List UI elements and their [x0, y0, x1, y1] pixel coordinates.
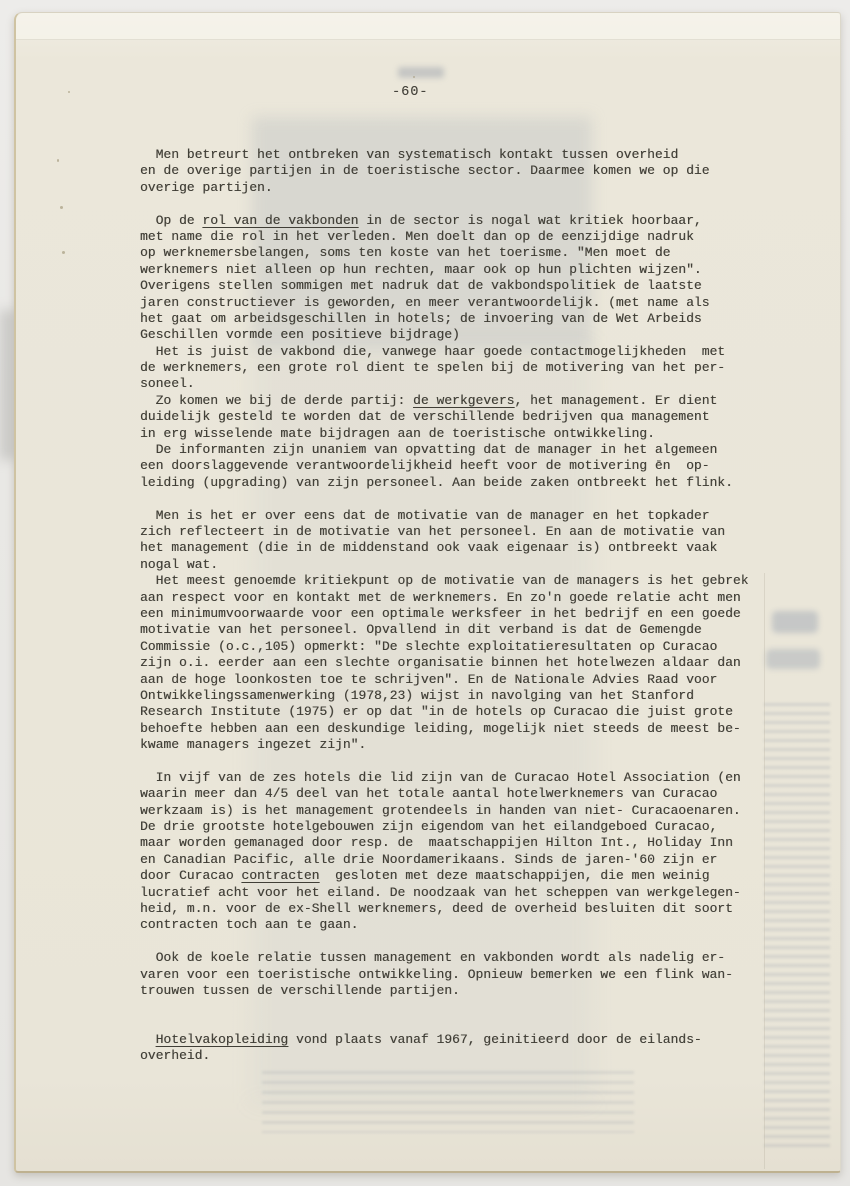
- text-line: De drie grootste hotelgebouwen zijn eige…: [140, 819, 800, 835]
- text-line: Zo komen we bij de derde partij: de werk…: [140, 393, 800, 409]
- paper-speck: [413, 76, 415, 78]
- text-line: Men betreurt het ontbreken van systemati…: [140, 147, 800, 163]
- text-line: zich reflecteert in de motivatie van het…: [140, 524, 800, 540]
- blank-line: [140, 753, 800, 769]
- blank-line: [140, 1016, 800, 1032]
- page-top-fold: [16, 13, 840, 40]
- text-line: het gaat om arbeidsgeschillen in hotels;…: [140, 311, 800, 327]
- text-line: waarin meer dan 4/5 deel van het totale …: [140, 786, 800, 802]
- paper-speck: [57, 159, 59, 162]
- page-number: -60-: [392, 85, 428, 100]
- text-line: werknemers niet alleen op hun rechten, m…: [140, 262, 800, 278]
- paper-speck: [68, 91, 70, 93]
- text-line: duidelijk gesteld te worden dat de versc…: [140, 409, 800, 425]
- text-line: aan de hoge loonkosten toe te schrijven"…: [140, 672, 800, 688]
- text-line: werkzaam is) is het management grotendee…: [140, 803, 800, 819]
- text-line: lucratief acht voor het eiland. De noodz…: [140, 885, 800, 901]
- text-line: in erg wisselende mate bijdragen aan de …: [140, 426, 800, 442]
- text-line: varen voor een toeristische ontwikkeling…: [140, 967, 800, 983]
- underlined-phrase: Hotelvakopleiding: [156, 1032, 289, 1047]
- text-line: behoefte hebben aan een deskundige leidi…: [140, 721, 800, 737]
- text-line: Hotelvakopleiding vond plaats vanaf 1967…: [140, 1032, 800, 1048]
- paper-speck: [62, 251, 65, 254]
- text-line: heid, m.n. voor de ex-Shell werknemers, …: [140, 901, 800, 917]
- text-line: door Curacao contracten gesloten met dez…: [140, 868, 800, 884]
- blank-line: [140, 934, 800, 950]
- text-line: op werknemersbelangen, soms ten koste va…: [140, 245, 800, 261]
- text-line: de werknemers, een grote rol dient te sp…: [140, 360, 800, 376]
- text-line: motivatie van het personeel. Opvallend i…: [140, 622, 800, 638]
- paper-speck: [60, 206, 63, 209]
- text-line: overheid.: [140, 1048, 800, 1064]
- text-line: Het meest genoemde kritiekpunt op de mot…: [140, 573, 800, 589]
- text-line: Commissie (o.c.,105) opmerkt: "De slecht…: [140, 639, 800, 655]
- document-text: Men betreurt het ontbreken van systemati…: [140, 147, 800, 1065]
- bleedthrough-text-bottom: [262, 1071, 634, 1133]
- text-line: het management (die in de middenstand oo…: [140, 540, 800, 556]
- text-line: Op de rol van de vakbonden in de sector …: [140, 213, 800, 229]
- text-line: en de overige partijen in de toeristisch…: [140, 163, 800, 179]
- text-line: aan respect voor en kontakt met de werkn…: [140, 590, 800, 606]
- text-line: overige partijen.: [140, 180, 800, 196]
- text-line: contracten toch aan te gaan.: [140, 917, 800, 933]
- text-line: Research Institute (1975) er op dat "in …: [140, 704, 800, 720]
- text-line: In vijf van de zes hotels die lid zijn v…: [140, 770, 800, 786]
- text-line: kwame managers ingezet zijn".: [140, 737, 800, 753]
- blank-line: [140, 196, 800, 212]
- text-line: Ook de koele relatie tussen management e…: [140, 950, 800, 966]
- text-line: jaren constructiever is geworden, en mee…: [140, 295, 800, 311]
- text-line: Ontwikkelingssamenwerking (1978,23) wijs…: [140, 688, 800, 704]
- text-line: Het is juist de vakbond die, vanwege haa…: [140, 344, 800, 360]
- document-page: -60- Men betreurt het ontbreken van syst…: [14, 12, 841, 1173]
- bleedthrough-page-number: [398, 67, 444, 78]
- text-line: een doorslaggevende verantwoordelijkheid…: [140, 458, 800, 474]
- text-line: een minimumvoorwaarde voor een optimale …: [140, 606, 800, 622]
- underlined-phrase: rol van de vakbonden: [202, 213, 358, 228]
- text-line: en Canadian Pacific, alle drie Noordamer…: [140, 852, 800, 868]
- text-line: soneel.: [140, 376, 800, 392]
- underlined-phrase: contracten: [241, 868, 319, 883]
- text-line: Overigens stellen sommigen met nadruk da…: [140, 278, 800, 294]
- text-line: De informanten zijn unaniem van opvattin…: [140, 442, 800, 458]
- text-line: nogal wat.: [140, 557, 800, 573]
- text-line: zijn o.i. eerder aan een slechte organis…: [140, 655, 800, 671]
- text-line: met name die rol in het verleden. Men do…: [140, 229, 800, 245]
- scanned-document: { "colors": { "paper": "#eae6d9", "ink":…: [0, 0, 850, 1186]
- blank-line: [140, 999, 800, 1015]
- text-line: Men is het er over eens dat de motivatie…: [140, 508, 800, 524]
- underlined-phrase: de werkgevers: [413, 393, 514, 408]
- text-line: maar worden gemanaged door resp. de maat…: [140, 835, 800, 851]
- text-line: trouwen tussen de verschillende partijen…: [140, 983, 800, 999]
- text-line: Geschillen vormde een positieve bijdrage…: [140, 327, 800, 343]
- blank-line: [140, 491, 800, 507]
- text-line: leiding (upgrading) van zijn personeel. …: [140, 475, 800, 491]
